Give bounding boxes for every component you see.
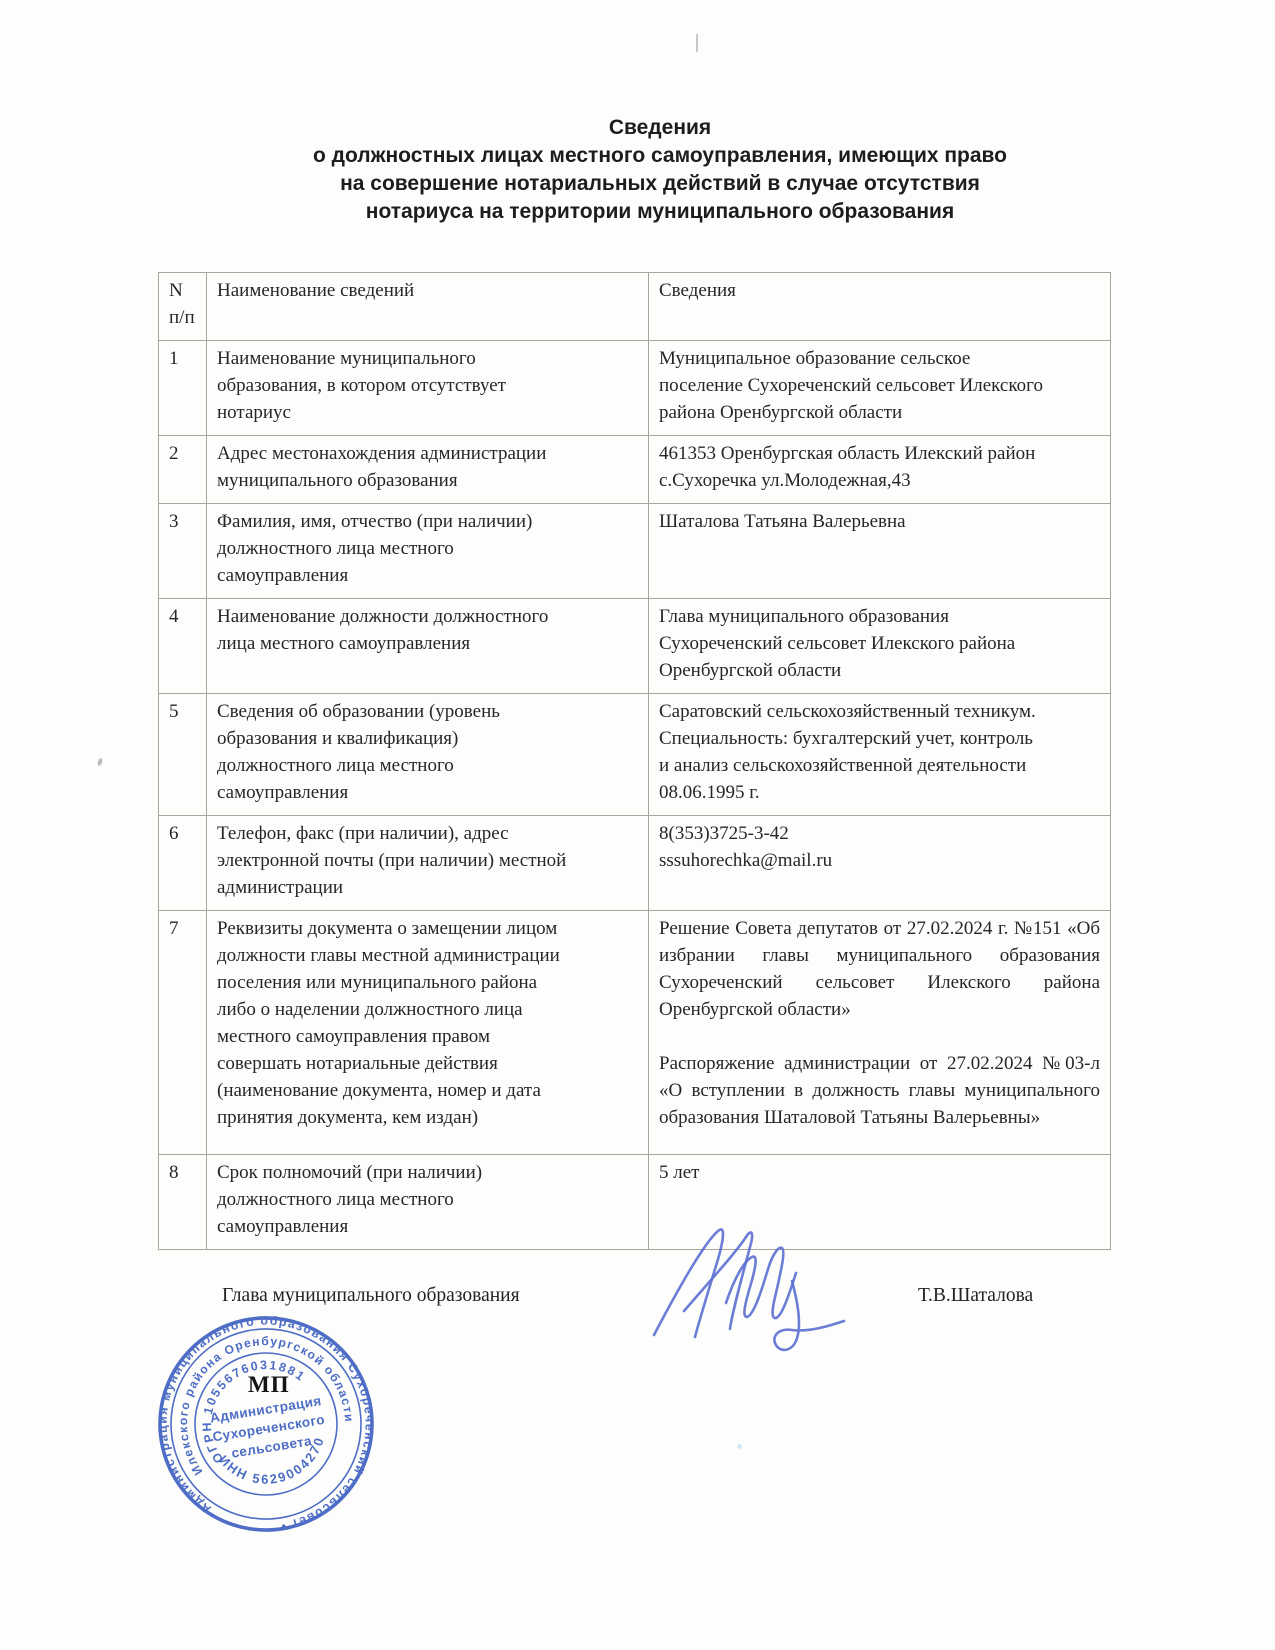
row-number-cell: 6 xyxy=(159,816,207,911)
row-number-cell: 2 xyxy=(159,436,207,504)
table-row: 5Сведения об образовании (уровень образо… xyxy=(159,694,1111,816)
signature-scribble xyxy=(646,1213,896,1378)
row-name-cell: Адрес местонахождения администрации муни… xyxy=(207,436,649,504)
row-value-cell: Саратовский сельскохозяйственный технику… xyxy=(649,694,1111,816)
row-number-cell: 5 xyxy=(159,694,207,816)
row-name-cell: Телефон, факс (при наличии), адрес элект… xyxy=(207,816,649,911)
scan-artifact xyxy=(97,758,103,767)
row-name-cell: Наименование должности должностного лица… xyxy=(207,599,649,694)
title-line: о должностных лицах местного самоуправле… xyxy=(160,142,1160,170)
title-line: нотариуса на территории муниципального о… xyxy=(160,198,1160,226)
row-name-cell: Наименование муниципального образования,… xyxy=(207,341,649,436)
row-value-cell: Решение Совета депутатов от 27.02.2024 г… xyxy=(649,911,1111,1155)
row-name-cell: Срок полномочий (при наличии) должностно… xyxy=(207,1155,649,1250)
row-value-cell: Глава муниципального образования Сухореч… xyxy=(649,599,1111,694)
value-paragraph: Распоряжение администрации от 27.02.2024… xyxy=(659,1050,1100,1131)
scan-artifact xyxy=(696,34,698,52)
signer-name: Т.В.Шаталова xyxy=(918,1285,1033,1307)
header-value-cell: Сведения xyxy=(649,273,1111,341)
table-row: 7Реквизиты документа о замещении лицом д… xyxy=(159,911,1111,1155)
table-row: 1Наименование муниципального образования… xyxy=(159,341,1111,436)
title-line: на совершение нотариальных действий в сл… xyxy=(160,170,1160,198)
value-paragraph: Решение Совета депутатов от 27.02.2024 г… xyxy=(659,915,1100,1023)
row-number-cell: 1 xyxy=(159,341,207,436)
document-page: Сведенияо должностных лицах местного сам… xyxy=(0,0,1275,1650)
table-row: 4Наименование должности должностного лиц… xyxy=(159,599,1111,694)
row-value-cell: 461353 Оренбургская область Илекский рай… xyxy=(649,436,1111,504)
stamp-svg: Администрация муниципального образования… xyxy=(150,1308,382,1540)
header-name-cell: Наименование сведений xyxy=(207,273,649,341)
info-table-body: 1Наименование муниципального образования… xyxy=(159,341,1111,1250)
row-value-cell: Муниципальное образование сельское посел… xyxy=(649,341,1111,436)
signature-position-label: Глава муниципального образования xyxy=(222,1285,520,1307)
row-number-cell: 4 xyxy=(159,599,207,694)
row-number-cell: 7 xyxy=(159,911,207,1155)
row-name-cell: Реквизиты документа о замещении лицом до… xyxy=(207,911,649,1155)
header-num-cell: N п/п xyxy=(159,273,207,341)
row-number-cell: 3 xyxy=(159,504,207,599)
row-value-cell: Шаталова Татьяна Валерьевна xyxy=(649,504,1111,599)
table-row: 6Телефон, факс (при наличии), адрес элек… xyxy=(159,816,1111,911)
row-number-cell: 8 xyxy=(159,1155,207,1250)
table-row: 8Срок полномочий (при наличии) должностн… xyxy=(159,1155,1111,1250)
document-title: Сведенияо должностных лицах местного сам… xyxy=(160,114,1160,226)
table-row: 3Фамилия, имя, отчество (при наличии) до… xyxy=(159,504,1111,599)
table-row: 2Адрес местонахождения администрации мун… xyxy=(159,436,1111,504)
table-header-row: N п/п Наименование сведений Сведения xyxy=(159,273,1111,341)
stamp: МП Администрация муниципального образова… xyxy=(150,1308,382,1540)
title-line: Сведения xyxy=(160,114,1160,142)
row-name-cell: Фамилия, имя, отчество (при наличии) дол… xyxy=(207,504,649,599)
info-table: N п/п Наименование сведений Сведения 1На… xyxy=(158,272,1111,1250)
row-name-cell: Сведения об образовании (уровень образов… xyxy=(207,694,649,816)
row-value-cell: 8(353)3725-3-42 sssuhorechka@mail.ru xyxy=(649,816,1111,911)
